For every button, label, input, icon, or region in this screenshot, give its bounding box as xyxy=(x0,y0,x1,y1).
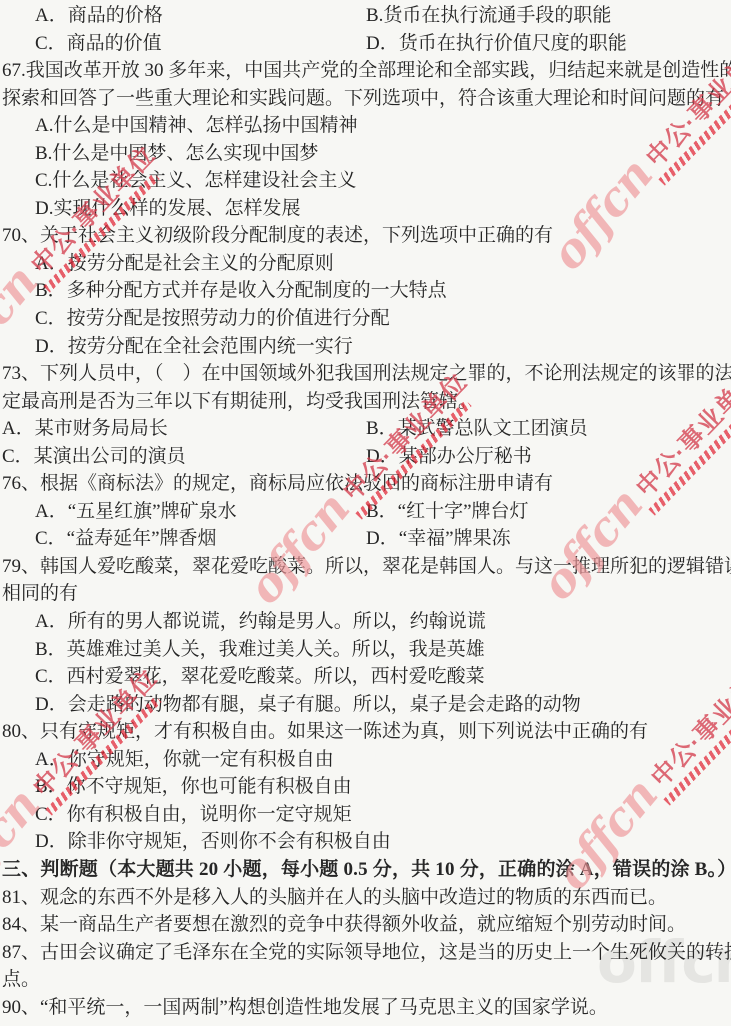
q76-options-cd-left: C．“益寿延年”牌香烟 xyxy=(35,528,217,549)
q84: 84、某一商品生产者要想在激烈的竞争中获得额外收益，就应缩短个别劳动时间。 xyxy=(0,911,731,939)
section-3-header: 三、判断题（本大题共 20 小题，每小题 0.5 分，共 10 分，正确的涂 A… xyxy=(0,856,731,884)
q66-options-cd-right: D．货币在执行价值尺度的职能 xyxy=(366,30,627,58)
q76-options-ab: A．“五星红旗”牌矿泉水B．“红十字”牌台灯 xyxy=(0,498,731,526)
q70-option-d: D．按劳分配在全社会范围内统一实行 xyxy=(0,333,731,361)
q87-line2: 点。 xyxy=(0,966,731,994)
q73-options-cd-left: C．某演出公司的演员 xyxy=(2,446,186,467)
q76-options-cd: C．“益寿延年”牌香烟D．“幸福”牌果冻 xyxy=(0,525,731,553)
q66-options-ab: A．商品的价格B.货币在执行流通手段的职能 xyxy=(0,2,731,30)
q79-option-b: B．英雄难过美人关，我难过美人关。所以，我是英雄 xyxy=(0,636,731,664)
q67-option-a: A.什么是中国精神、怎样弘扬中国精神 xyxy=(0,112,731,140)
q81: 81、观念的东西不外是移入人的头脑并在人的头脑中改造过的物质的东西而已。 xyxy=(0,884,731,912)
q67-stem-line2: 探索和回答了一些重大理论和实践问题。下列选项中，符合该重大理论和时间问题的有（） xyxy=(0,85,731,113)
q79-option-c: C．西村爱翠花，翠花爱吃酸菜。所以，西村爱吃酸菜 xyxy=(0,663,731,691)
exam-page: offcn A．商品的价格B.货币在执行流通手段的职能C．商品的价值D．货币在执… xyxy=(0,0,731,1026)
q70-option-a: A．按劳分配是社会主义的分配原则 xyxy=(0,250,731,278)
q67-stem-line1: 67.我国改革开放 30 多年来，中国共产党的全部理论和全部实践，归结起来就是创… xyxy=(0,57,731,85)
q66-options-cd: C．商品的价值D．货币在执行价值尺度的职能 xyxy=(0,30,731,58)
q73-options-cd: C．某演出公司的演员D．某部办公厅秘书 xyxy=(0,443,731,471)
q73-options-cd-right: D．某部办公厅秘书 xyxy=(366,443,532,471)
q76-options-ab-right: B．“红十字”牌台灯 xyxy=(366,498,529,526)
q73-stem-line1: 73、下列人员中，（ ）在中国领域外犯我国刑法规定之罪的，不论刑法规定的该罪的法 xyxy=(0,360,731,388)
q79-option-a: A．所有的男人都说谎，约翰是男人。所以，约翰说谎 xyxy=(0,608,731,636)
q66-options-cd-left: C．商品的价值 xyxy=(35,33,162,54)
q67-option-b: B.什么是中国梦、怎么实现中国梦 xyxy=(0,140,731,168)
q80-option-b: B．你不守规矩，你也可能有积极自由 xyxy=(0,773,731,801)
q79-stem-line2: 相同的有 xyxy=(0,580,731,608)
q80-option-d: D．除非你守规矩，否则你不会有积极自由 xyxy=(0,828,731,856)
q80-stem: 80、只有守规矩，才有积极自由。如果这一陈述为真，则下列说法中正确的有 xyxy=(0,718,731,746)
exam-text: A．商品的价格B.货币在执行流通手段的职能C．商品的价值D．货币在执行价值尺度的… xyxy=(0,2,731,1021)
q80-option-c: C．你有积极自由，说明你一定守规矩 xyxy=(0,801,731,829)
q73-stem-line2: 定最高刑是否为三年以下有期徒刑，均受我国刑法管辖。 xyxy=(0,388,731,416)
q87-line1: 87、古田会议确定了毛泽东在全党的实际领导地位，这是当的历史上一个生死攸关的转折 xyxy=(0,939,731,967)
q76-stem: 76、根据《商标法》的规定，商标局应依法驳回的商标注册申请有 xyxy=(0,470,731,498)
q76-options-ab-left: A．“五星红旗”牌矿泉水 xyxy=(35,501,237,522)
q70-option-c: C．按劳分配是按照劳动力的价值进行分配 xyxy=(0,305,731,333)
q90: 90、“和平统一，一国两制”构想创造性地发展了马克思主义的国家学说。 xyxy=(0,994,731,1022)
q73-options-ab-right: B．某武警总队文工团演员 xyxy=(366,415,588,443)
q73-options-ab: A．某市财务局局长B．某武警总队文工团演员 xyxy=(0,415,731,443)
q70-option-b: B．多种分配方式并存是收入分配制度的一大特点 xyxy=(0,277,731,305)
q79-stem-line1: 79、韩国人爱吃酸菜，翠花爱吃酸菜。所以，翠花是韩国人。与这一推理所犯的逻辑错误 xyxy=(0,553,731,581)
q66-options-ab-right: B.货币在执行流通手段的职能 xyxy=(366,2,611,30)
q80-option-a: A．你守规矩，你就一定有积极自由 xyxy=(0,746,731,774)
q73-options-ab-left: A．某市财务局局长 xyxy=(2,418,168,439)
q67-option-d: D.实现什么样的发展、怎样发展 xyxy=(0,195,731,223)
q76-options-cd-right: D．“幸福”牌果冻 xyxy=(366,525,511,553)
q66-options-ab-left: A．商品的价格 xyxy=(35,5,163,26)
q67-option-c: C.什么是社会主义、怎样建设社会主义 xyxy=(0,167,731,195)
q79-option-d: D．会走路的动物都有腿，桌子有腿。所以，桌子是会走路的动物 xyxy=(0,691,731,719)
q70-stem: 70、关于社会主义初级阶段分配制度的表述，下列选项中正确的有 xyxy=(0,222,731,250)
